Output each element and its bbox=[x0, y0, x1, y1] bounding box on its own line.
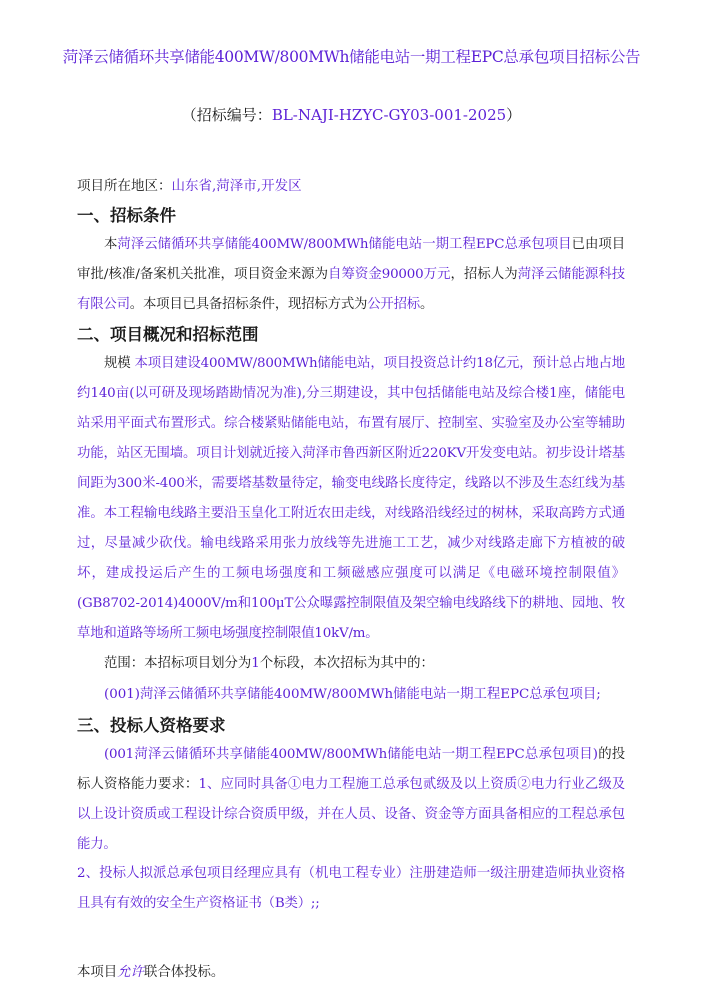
scale-label: 规模 bbox=[104, 356, 130, 371]
region-label: 项目所在地区： bbox=[77, 178, 172, 194]
bid-method: 公开招标 bbox=[367, 297, 420, 312]
qualification-requirement-1: (001菏泽云储循环共享储能400MW/800MWh储能电站一期工程EPC总承包… bbox=[77, 740, 625, 860]
bid-conditions-paragraph: 本菏泽云储循环共享储能400MW/800MWh储能电站一期工程EPC总承包项目已… bbox=[77, 230, 625, 320]
tender-announcement-page: 菏泽云储循环共享储能400MW/800MWh储能电站一期工程EPC总承包项目招标… bbox=[0, 0, 703, 994]
document-title: 菏泽云储循环共享储能400MW/800MWh储能电站一期工程EPC总承包项目招标… bbox=[60, 42, 643, 72]
funding-source: 自筹资金90000万元 bbox=[328, 267, 450, 282]
section-heading-bid-conditions: 一、招标条件 bbox=[77, 203, 176, 229]
project-scale-paragraph: 规模 本项目建设400MW/800MWh储能电站，项目投资总计约18亿元，预计总… bbox=[77, 349, 625, 649]
project-region: 项目所在地区：山东省,菏泽市,开发区 bbox=[77, 174, 302, 198]
bid-number-line: （招标编号：BL-NAJI-HZYC-GY03-001-2025） bbox=[60, 103, 643, 127]
region-value: 山东省,菏泽市,开发区 bbox=[172, 178, 302, 194]
consortium-statement: 本项目允许联合体投标。 bbox=[77, 958, 224, 988]
project-name: 菏泽云储循环共享储能400MW/800MWh储能电站一期工程EPC总承包项目 bbox=[117, 237, 571, 252]
consortium-allowed: 允许 bbox=[117, 965, 144, 980]
scope-line: 范围：本招标项目划分为1个标段，本次招标为其中的： bbox=[104, 649, 434, 679]
scale-text: 本项目建设400MW/800MWh储能电站，项目投资总计约18亿元，预计总占地占… bbox=[77, 356, 625, 641]
section-heading-overview-scope: 二、项目概况和招标范围 bbox=[77, 322, 259, 348]
bid-number: BL-NAJI-HZYC-GY03-001-2025 bbox=[272, 106, 506, 124]
lot-reference: (001菏泽云储循环共享储能400MW/800MWh储能电站一期工程EPC总承包… bbox=[104, 747, 598, 762]
lot-item: (001)菏泽云储循环共享储能400MW/800MWh储能电站一期工程EPC总承… bbox=[104, 680, 601, 710]
section-heading-bidder-qualification: 三、投标人资格要求 bbox=[77, 713, 226, 739]
lot-count: 1 bbox=[251, 656, 260, 671]
qualification-requirement-2: 2、投标人拟派总承包项目经理应具有（机电工程专业）注册建造师一级注册建造师执业资… bbox=[77, 859, 625, 919]
